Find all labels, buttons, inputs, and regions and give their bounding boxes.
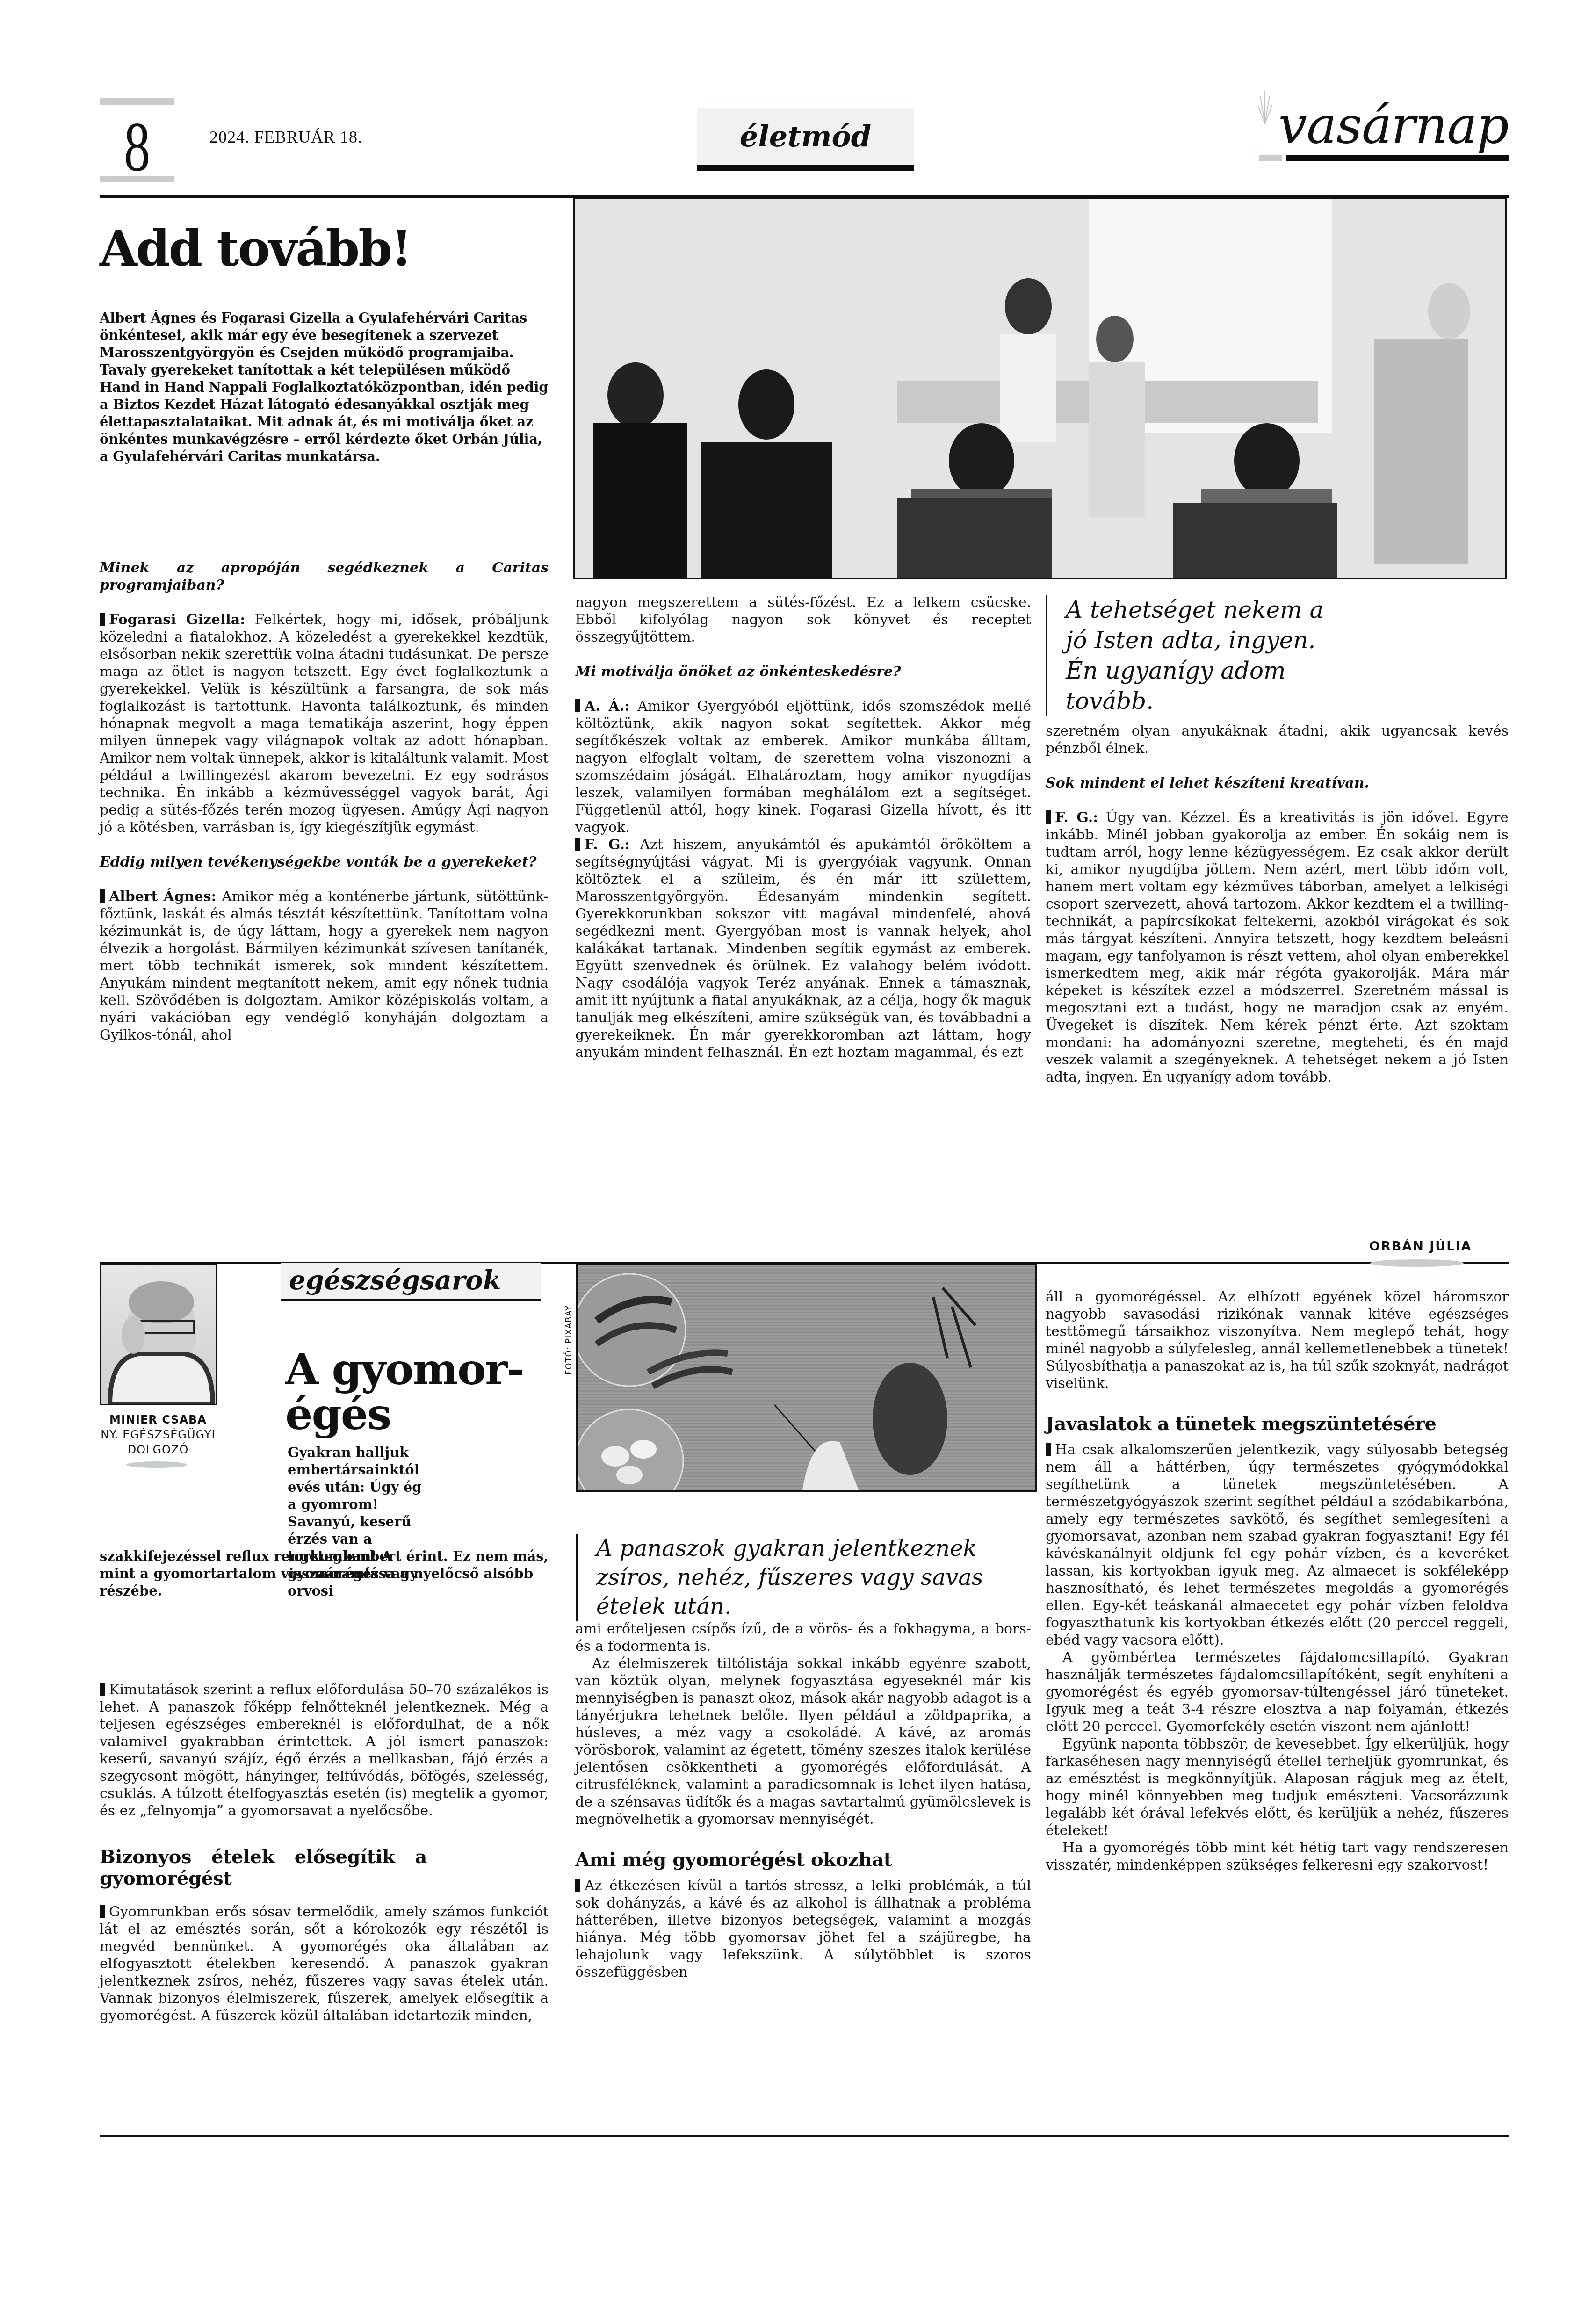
interview-question: Minek az apropóján segédkeznek a Caritas… [100,559,549,594]
author-credit: MINIER CSABA NY. EGÉSZSÉGÜGYI DOLGOZÓ [100,1412,217,1457]
interview-answer: Fogarasi Gizella: Felkértek, hogy mi, id… [100,611,549,836]
page-number: 8 [109,112,165,182]
interview-answer: F. G.: Azt hiszem, anyukámtól és apukámt… [575,836,1031,1061]
article2-column-1: Kimutatások szerint a reflux előfordulás… [100,1681,549,2024]
paragraph-text: Kimutatások szerint a reflux előfordulás… [100,1682,549,1819]
author-title: DOLGOZÓ [100,1442,217,1457]
column-kicker: egészségsarok [281,1263,541,1301]
column-kicker-text: egészségsarok [281,1265,501,1296]
article-headline: A gyomor- égés [285,1347,524,1437]
body-paragraph: Ha a gyomorégés több mint két hétig tart… [1046,1839,1509,1874]
answer-text: Felkértek, hogy mi, idősek, próbáljunk k… [100,612,549,836]
interview-answer: Albert Ágnes: Amikor még a konténerbe já… [100,888,549,1044]
speaker-name: Fogarasi Gizella: [109,612,245,628]
article-lead: Albert Ágnes és Fogarasi Gizella a Gyula… [100,310,549,465]
article1-column-2: nagyon megszerettem a sütés-főzést. Ez a… [575,594,1031,1061]
article-headline: Add tovább! [100,220,411,277]
chili-peppers-photo [576,1263,1037,1492]
pull-quote: A tehetséget nekem a jó Isten adta, ingy… [1046,595,1328,716]
article1-column-1: Minek az apropóján segédkeznek a Caritas… [100,559,549,1044]
interview-question: Eddig milyen tevékenységekbe vonták be a… [100,853,549,871]
body-paragraph: Ha csak alkalomszerűen jelentkezik, vagy… [1046,1441,1509,1649]
article2-column-2: ami erőteljesen csípős ízű, de a vörös- … [575,1620,1031,1981]
subheading: Bizonyos ételek elősegítik a gyomorégést [100,1846,427,1889]
page-number-rule-bottom [100,176,174,182]
author-credit-accent [126,1461,187,1468]
paragraph-marker-icon [100,613,105,626]
article-deck-continued: szakkifejezéssel reflux rengeteg embert … [100,1548,549,1600]
paragraph-text: Gyomrunkban erős sósav termelődik, amely… [100,1904,549,2024]
subheading: Ami még gyomorégést okozhat [575,1849,1031,1871]
article-byline: ORBÁN JÚLIA [1369,1239,1472,1254]
subheading: Javaslatok a tünetek megszüntetésére [1046,1413,1509,1435]
body-paragraph: A gyömbértea természetes fájdalomcsillap… [1046,1649,1509,1735]
answer-text: Azt hiszem, anyukámtól és apukámtól örök… [575,837,1031,1061]
paragraph-marker-icon [1046,1443,1051,1456]
body-paragraph: ami erőteljesen csípős ízű, de a vörös- … [575,1620,1031,1655]
paragraph-marker-icon [575,838,580,851]
portrait-person-icon [101,1265,216,1404]
paragraph-marker-icon [575,699,580,712]
masthead-wordmark: vasárnap [1278,101,1509,151]
paragraph-marker-icon [575,1879,580,1892]
body-paragraph: Az élelmiszerek tiltólistája sokkal inká… [575,1655,1031,1828]
body-paragraph: Együnk naponta többször, de kevesebbet. … [1046,1735,1509,1839]
paragraph-text: Ha csak alkalomszerűen jelentkezik, vagy… [1046,1442,1509,1648]
answer-continuation: szeretném olyan anyukáknak átadni, akik … [1046,723,1509,757]
author-title: NY. EGÉSZSÉGÜGYI [100,1427,217,1442]
photo-placeholder-people-icon [575,199,1505,578]
photo-placeholder-chili-icon [578,1265,1035,1490]
headline-line: égés [285,1392,524,1437]
body-paragraph: Az étkezésen kívül a tartós stressz, a l… [575,1877,1031,1981]
sun-rays-icon [1258,91,1272,124]
answer-text: Amikor még a konténerbe jártunk, sütöttü… [100,889,549,1043]
interview-answer: A. Á.: Amikor Gyergyóból eljöttünk, idős… [575,698,1031,836]
interview-answer: F. G.: Úgy van. Kézzel. És a kreativitás… [1046,809,1509,1086]
page-number-block: 8 [100,98,174,182]
answer-text: Úgy van. Kézzel. És a kreativitás is jön… [1046,809,1509,1085]
divider-accent [1370,1259,1464,1267]
paragraph-marker-icon [100,1905,105,1918]
answer-continuation: nagyon megszerettem a sütés-főzést. Ez a… [575,594,1031,646]
section-label: életmód [697,108,914,171]
speaker-name: Albert Ágnes: [109,889,217,905]
paragraph-marker-icon [1046,810,1051,824]
article1-column-3: szeretném olyan anyukáknak átadni, akik … [1046,723,1509,1086]
body-paragraph: Gyomrunkban erős sósav termelődik, amely… [100,1903,549,2024]
photo-credit: FOTÓ: PIXABAY [564,1305,574,1375]
interview-question: Mi motiválja önöket az önkénteskedésre? [575,663,1031,680]
interview-question: Sok mindent el lehet készíteni kreatívan… [1046,774,1509,792]
pull-quote: A panaszok gyakran jelentkeznek zsíros, … [576,1534,1031,1621]
author-portrait [100,1264,217,1405]
issue-date: 2024. FEBRUÁR 18. [209,127,362,147]
section-label-text: életmód [740,119,871,153]
masthead-rule-accent [1259,155,1282,161]
body-paragraph: Kimutatások szerint a reflux előfordulás… [100,1681,549,1820]
masthead-rule [1286,155,1509,161]
speaker-name: F. G.: [1055,809,1098,826]
article2-column-3: áll a gyomorégéssel. Az elhízott egyének… [1046,1288,1509,1874]
page-number-rule-top [100,98,174,105]
answer-text: Amikor Gyergyóból eljöttünk, idős szomsz… [575,698,1031,836]
paragraph-text: Az étkezésen kívül a tartós stressz, a l… [575,1878,1031,1980]
headline-line: A gyomor- [285,1347,524,1392]
masthead-logo: vasárnap [1253,96,1509,161]
group-cooking-photo [573,197,1507,579]
speaker-name: A. Á.: [585,698,629,715]
paragraph-marker-icon [100,889,105,903]
author-name: MINIER CSABA [100,1412,217,1427]
page-bottom-rule [100,2135,1509,2137]
body-paragraph: áll a gyomorégéssel. Az elhízott egyének… [1046,1288,1509,1392]
speaker-name: F. G.: [585,837,630,853]
paragraph-marker-icon [100,1683,105,1696]
